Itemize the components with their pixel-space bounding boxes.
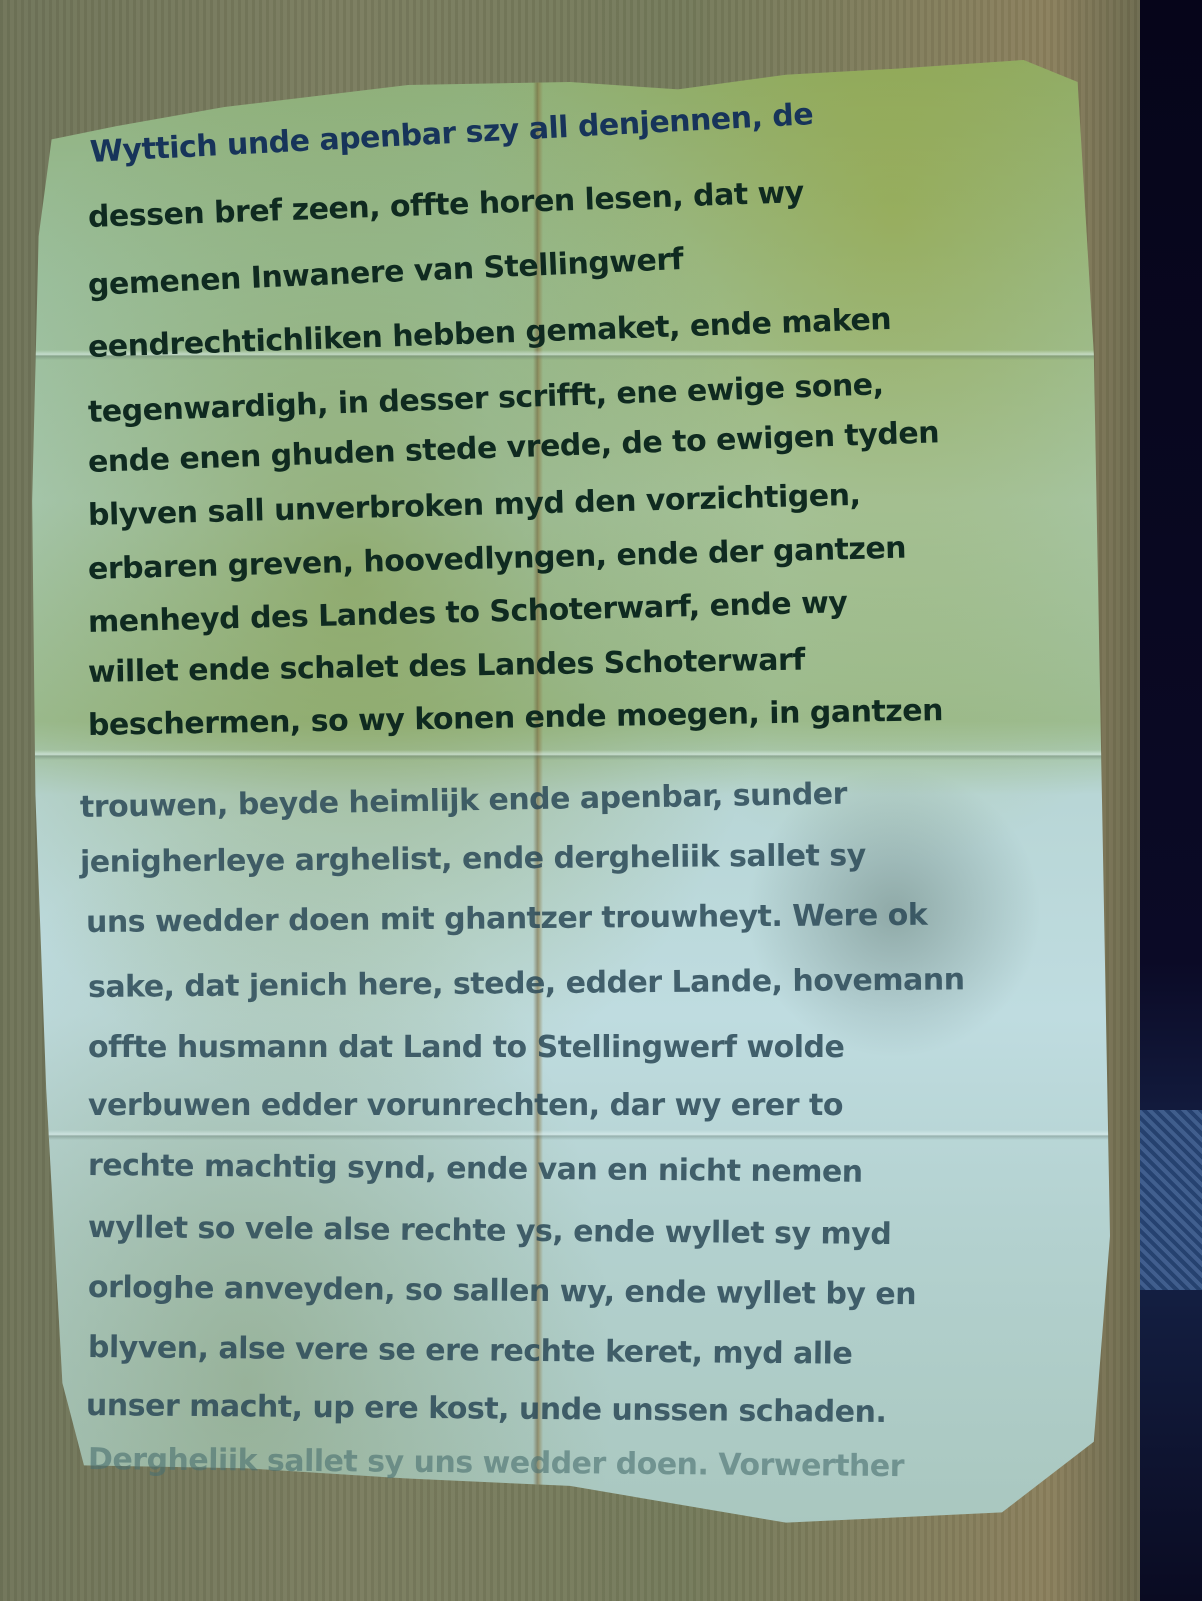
text-line: jenigherleye arghelist, ende dergheliik … (80, 838, 866, 880)
text-line: rechte machtig synd, ende van en nicht n… (88, 1148, 863, 1190)
dark-background-edge (1140, 0, 1202, 1601)
text-line: unser macht, up ere kost, unde unssen sc… (86, 1388, 887, 1430)
horizontal-fold-crease (30, 750, 1110, 760)
text-line: orloghe anveyden, so sallen wy, ende wyl… (88, 1270, 916, 1312)
text-line: verbuwen edder vorunrechten, dar wy erer… (88, 1088, 843, 1123)
horizontal-fold-crease (30, 1130, 1110, 1140)
text-line: wyllet so vele alse rechte ys, ende wyll… (88, 1210, 892, 1252)
blue-fabric (1140, 1110, 1202, 1290)
text-line: uns wedder doen mit ghantzer trouwheyt. … (86, 898, 928, 940)
text-line: offte husmann dat Land to Stellingwerf w… (88, 1030, 844, 1065)
text-line: Dergheliik sallet sy uns wedder doen. Vo… (88, 1442, 904, 1484)
text-line: blyven, alse vere se ere rechte keret, m… (88, 1330, 853, 1372)
